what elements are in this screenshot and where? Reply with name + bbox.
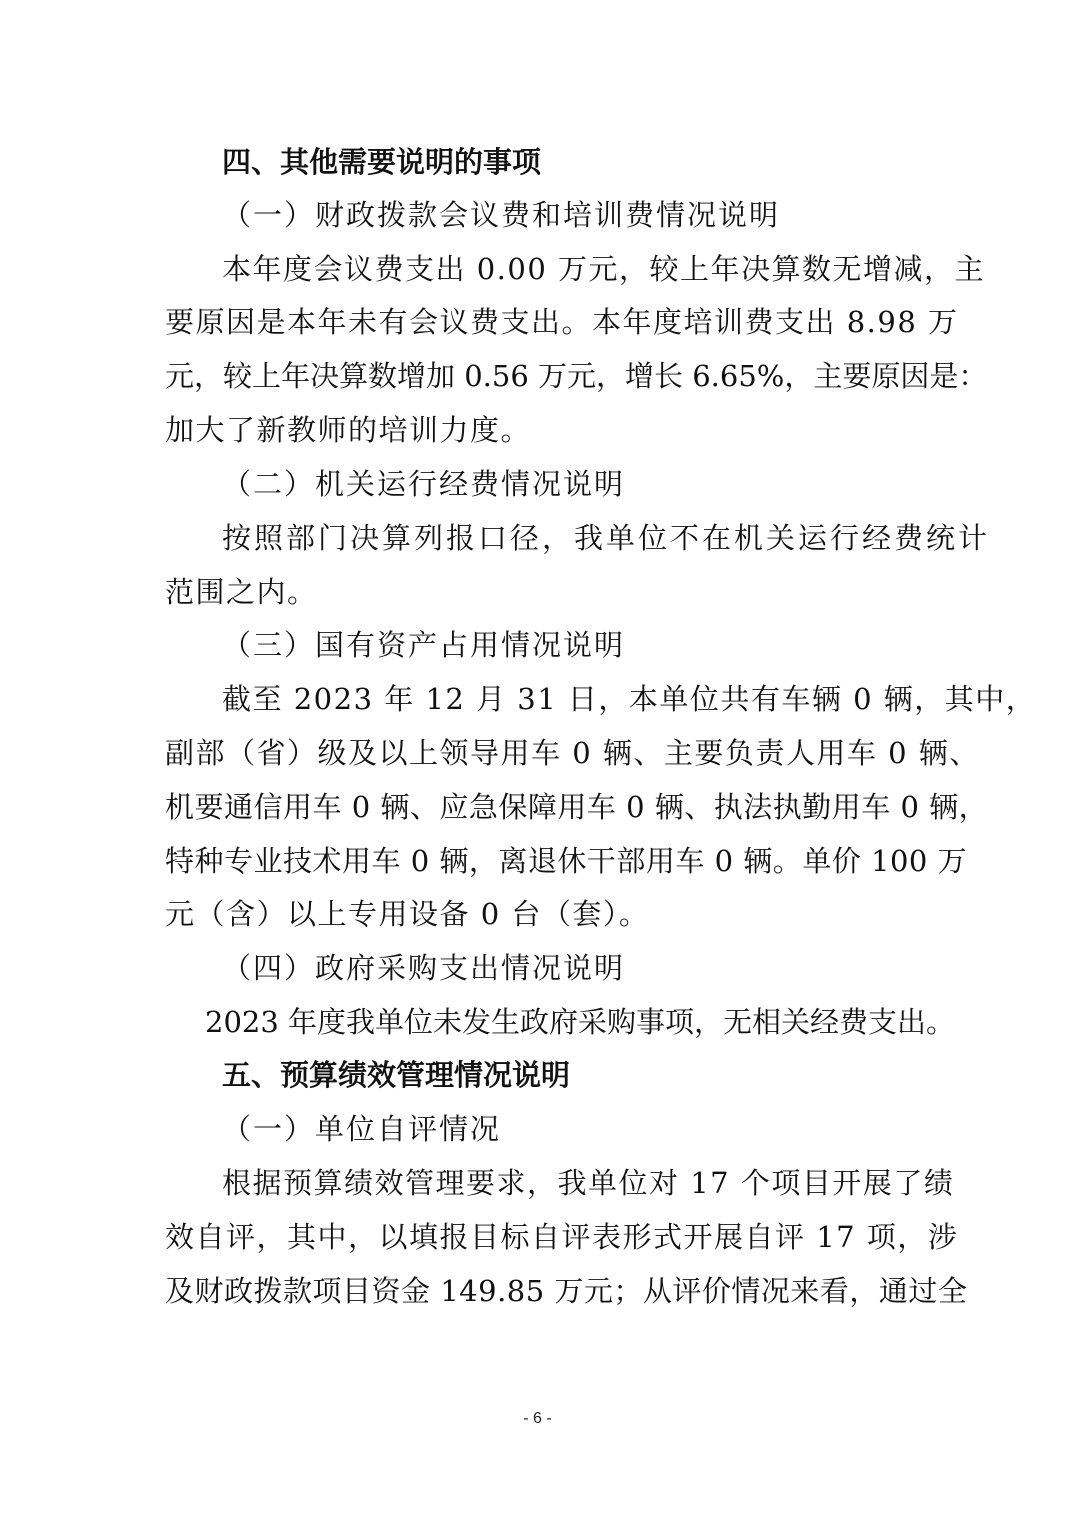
paragraph-line: 效自评，其中，以填报目标自评表形式开展自评 17 项，涉 [165,1217,958,1257]
paragraph-line: 机要通信用车 0 辆、应急保障用车 0 辆、执法执勤用车 0 辆， [165,787,988,827]
paragraph-line: 本年度会议费支出 0.00 万元，较上年决算数无增减，主 [222,249,985,289]
paragraph-line: 加大了新教师的培训力度。 [165,410,531,450]
subsection-heading-5-1: （一）单位自评情况 [222,1109,501,1149]
page-number: - 6 - [0,1410,1075,1428]
paragraph-line: 要原因是本年未有会议费支出。本年度培训费支出 8.98 万 [165,302,959,342]
paragraph-line: 2023 年度我单位未发生政府采购事项，无相关经费支出。 [205,1002,955,1042]
paragraph-line: 副部（省）级及以上领导用车 0 辆、主要负责人用车 0 辆、 [165,733,980,773]
subsection-heading-4-4: （四）政府采购支出情况说明 [222,948,625,988]
section-heading-5: 五、预算绩效管理情况说明 [222,1055,570,1095]
section-heading-4: 四、其他需要说明的事项 [222,142,541,182]
document-page: 四、其他需要说明的事项 （一）财政拨款会议费和培训费情况说明 本年度会议费支出 … [0,0,1075,1520]
subsection-heading-4-1: （一）财政拨款会议费和培训费情况说明 [222,195,780,235]
paragraph-line: 按照部门决算列报口径，我单位不在机关运行经费统计 [222,518,990,558]
paragraph-line: 截至 2023 年 12 月 31 日，本单位共有车辆 0 辆，其中， [222,679,1036,719]
paragraph-line: 元，较上年决算数增加 0.56 万元，增长 6.65%，主要原因是： [165,356,987,396]
paragraph-line: 范围之内。 [165,572,318,612]
paragraph-line: 及财政拨款项目资金 149.85 万元；从评价情况来看，通过全 [165,1271,967,1311]
paragraph-line: 根据预算绩效管理要求，我单位对 17 个项目开展了绩 [222,1163,954,1203]
paragraph-line: 特种专业技术用车 0 辆，离退休干部用车 0 辆。单价 100 万 [165,841,967,881]
paragraph-line: 元（含）以上专用设备 0 台（套）。 [165,894,649,934]
subsection-heading-4-3: （三）国有资产占用情况说明 [222,625,625,665]
subsection-heading-4-2: （二）机关运行经费情况说明 [222,464,625,504]
